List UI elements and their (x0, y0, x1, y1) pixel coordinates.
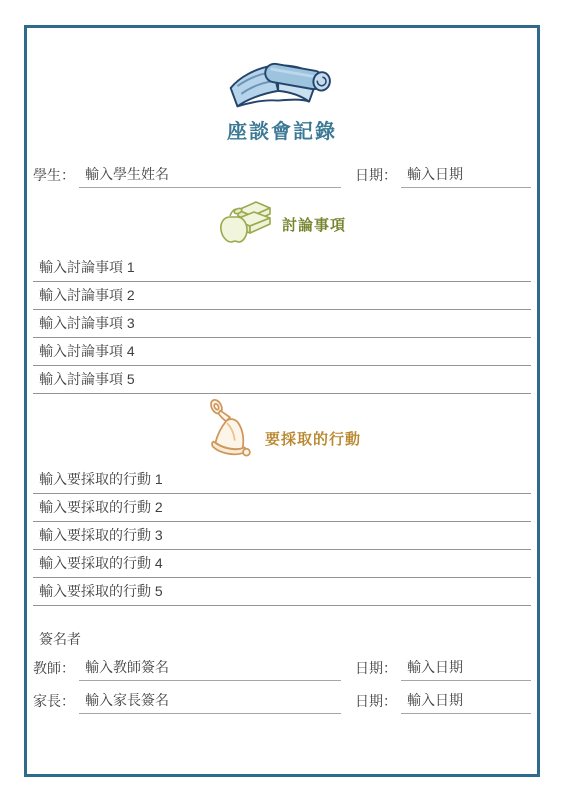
teacher-signature-row: 教師： 輸入教師簽名 日期： 輸入日期 (33, 657, 531, 681)
actions-list: 輸入要採取的行動 1 輸入要採取的行動 2 輸入要採取的行動 3 輸入要採取的行… (33, 466, 531, 606)
actions-heading: 要採取的行動 (257, 428, 361, 458)
parent-date-field[interactable]: 輸入日期 (401, 690, 531, 714)
discussion-heading: 討論事項 (274, 214, 346, 244)
discussion-item[interactable]: 輸入討論事項 2 (33, 282, 531, 310)
discussion-item[interactable]: 輸入討論事項 4 (33, 338, 531, 366)
action-item[interactable]: 輸入要採取的行動 1 (33, 466, 531, 494)
action-item[interactable]: 輸入要採取的行動 2 (33, 494, 531, 522)
student-date-row: 學生： 輸入學生姓名 日期： 輸入日期 (33, 164, 531, 188)
teacher-label: 教師： (33, 658, 75, 681)
signatories-heading: 簽名者 (33, 630, 531, 648)
parent-label: 家長： (33, 691, 75, 714)
newspaper-pen-illustration (223, 56, 341, 118)
parent-date-label: 日期： (355, 691, 397, 714)
student-label: 學生： (33, 165, 75, 188)
discussion-item[interactable]: 輸入討論事項 1 (33, 254, 531, 282)
student-name-field[interactable]: 輸入學生姓名 (79, 164, 341, 188)
action-item[interactable]: 輸入要採取的行動 3 (33, 522, 531, 550)
date-field[interactable]: 輸入日期 (401, 164, 531, 188)
actions-section-header: 要採取的行動 (33, 398, 531, 458)
date-label: 日期： (355, 165, 397, 188)
discussion-item[interactable]: 輸入討論事項 5 (33, 366, 531, 394)
handbell-icon (203, 398, 257, 458)
action-item[interactable]: 輸入要採取的行動 4 (33, 550, 531, 578)
page-border: 座談會記錄 學生： 輸入學生姓名 日期： 輸入日期 討論事項 輸入討論事項 1 … (24, 25, 540, 777)
apple-books-icon (218, 196, 274, 244)
parent-signature-row: 家長： 輸入家長簽名 日期： 輸入日期 (33, 690, 531, 714)
discussion-list: 輸入討論事項 1 輸入討論事項 2 輸入討論事項 3 輸入討論事項 4 輸入討論… (33, 254, 531, 394)
teacher-signature-field[interactable]: 輸入教師簽名 (79, 657, 341, 681)
action-item[interactable]: 輸入要採取的行動 5 (33, 578, 531, 606)
discussion-section-header: 討論事項 (33, 196, 531, 244)
discussion-item[interactable]: 輸入討論事項 3 (33, 310, 531, 338)
teacher-date-field[interactable]: 輸入日期 (401, 657, 531, 681)
page-title: 座談會記錄 (33, 120, 531, 144)
teacher-date-label: 日期： (355, 658, 397, 681)
parent-signature-field[interactable]: 輸入家長簽名 (79, 690, 341, 714)
